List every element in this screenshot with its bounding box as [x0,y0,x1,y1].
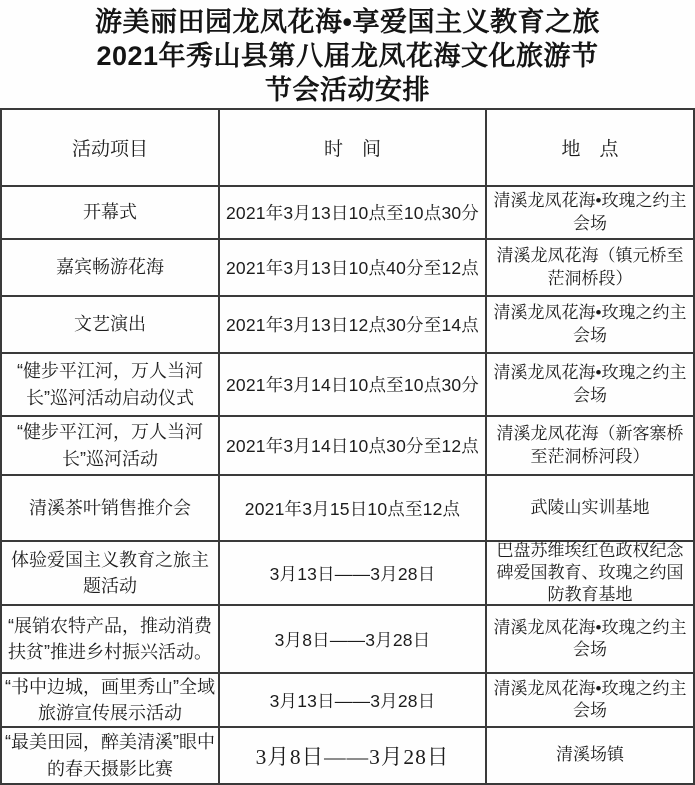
location-cell: 清溪龙凤花海•玫瑰之约主会场 [487,187,693,238]
location-cell: 清溪龙凤花海•玫瑰之约主会场 [487,674,693,726]
schedule-table: 活动项目时 间地 点 开幕式 2021年3月13日10点至10点30分 清溪龙凤… [0,108,695,785]
activity-cell: 文艺演出 [2,297,218,352]
title-line-3: 节会活动安排 [0,73,695,107]
activity-cell: “最美田园，醉美清溪”眼中的春天摄影比赛 [2,728,218,783]
time-cell: 3月13日——3月28日 [220,542,485,604]
activity-cell: 开幕式 [2,187,218,238]
activity-cell: “健步平江河，万人当河长”巡河活动启动仪式 [2,354,218,415]
time-cell: 3月13日——3月28日 [220,674,485,726]
time-cell: 3月8日——3月28日 [220,728,485,783]
location-cell: 清溪龙凤花海•玫瑰之约主会场 [487,606,693,672]
location-cell: 巴盘苏维埃红色政权纪念碑爱国教育、玫瑰之约国防教育基地 [487,542,693,604]
location-cell: 武陵山实训基地 [487,476,693,540]
location-cell: 清溪场镇 [487,728,693,783]
column-header-location: 地 点 [487,110,693,185]
time-cell: 2021年3月15日10点至12点 [220,476,485,540]
event-schedule-document: 游美丽田园龙凤花海•享爱国主义教育之旅 2021年秀山县第八届龙凤花海文化旅游节… [0,0,695,785]
time-cell: 2021年3月14日10点至10点30分 [220,354,485,415]
column-header-time: 时 间 [220,110,485,185]
title-line-1: 游美丽田园龙凤花海•享爱国主义教育之旅 [0,5,695,39]
time-cell: 2021年3月13日10点至10点30分 [220,187,485,238]
time-cell: 2021年3月13日12点30分至14点 [220,297,485,352]
location-cell: 清溪龙凤花海（镇元桥至茫洞桥段） [487,240,693,295]
time-cell: 2021年3月14日10点30分至12点 [220,417,485,474]
activity-cell: 嘉宾畅游花海 [2,240,218,295]
time-cell: 3月8日——3月28日 [220,606,485,672]
title-line-2: 2021年秀山县第八届龙凤花海文化旅游节 [0,39,695,73]
location-cell: 清溪龙凤花海•玫瑰之约主会场 [487,354,693,415]
activity-cell: 清溪茶叶销售推介会 [2,476,218,540]
activity-cell: 体验爱国主义教育之旅主题活动 [2,542,218,604]
document-title: 游美丽田园龙凤花海•享爱国主义教育之旅 2021年秀山县第八届龙凤花海文化旅游节… [0,0,695,108]
time-cell: 2021年3月13日10点40分至12点 [220,240,485,295]
activity-cell: “健步平江河，万人当河长”巡河活动 [2,417,218,474]
activity-cell: “展销农特产品，推动消费扶贫”推进乡村振兴活动。 [2,606,218,672]
column-header-activity: 活动项目 [2,110,218,185]
location-cell: 清溪龙凤花海•玫瑰之约主会场 [487,297,693,352]
location-cell: 清溪龙凤花海（新客寨桥至茫洞桥河段） [487,417,693,474]
activity-cell: “书中边城，画里秀山”全域旅游宣传展示活动 [2,674,218,726]
